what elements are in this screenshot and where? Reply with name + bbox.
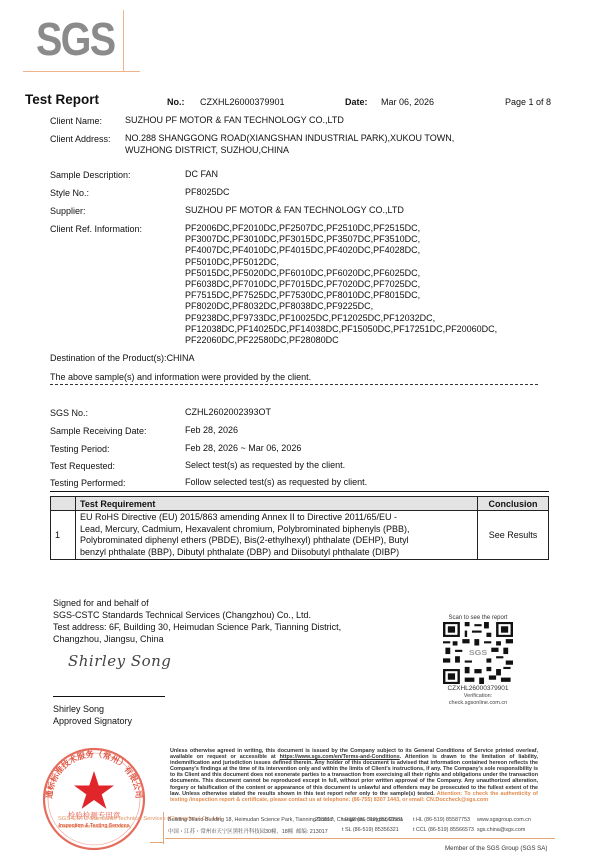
destination-value: CHINA — [167, 353, 195, 363]
address-cn: 中国・江苏・常州市天宁区黑牡丹科技园30幢，18幢 — [168, 827, 293, 835]
client-address-line-1: NO.288 SHANGGONG ROAD(XIANGSHAN INDUSTRI… — [125, 133, 454, 144]
signatory-name: Shirley Song — [53, 704, 104, 714]
sample-description-label: Sample Description: — [50, 170, 131, 180]
sgs-no: CZHL2602002393OT — [185, 407, 271, 418]
disclaimer: Unless otherwise agreed in writing, this… — [170, 748, 538, 803]
testing-period-label: Testing Period: — [50, 444, 110, 454]
client-ref-line: PF2006DC,PF2010DC,PF2507DC,PF2510DC,PF25… — [185, 223, 497, 234]
company-seal-icon: 检验检测专用章 Inspection & Testing Services 通标… — [40, 745, 148, 853]
style-no: PF8025DC — [185, 187, 230, 198]
signatory-title: Approved Signatory — [53, 716, 132, 726]
signed-for-line: Signed for and behalf of — [53, 597, 341, 609]
client-ref-line: PF3007DC,PF3010DC,PF3015DC,PF3507DC,PF35… — [185, 234, 497, 245]
client-ref-line: PF6038DC,PF7010DC,PF7015DC,PF7020DC,PF70… — [185, 279, 497, 290]
client-ref-label: Client Ref. Information: — [50, 224, 142, 234]
client-ref-line: PF5010DC,PF5012DC, — [185, 257, 497, 268]
row-conclusion: See Results — [478, 511, 549, 560]
company-line: SGS-CSTC Standards Technical Services (C… — [53, 609, 341, 621]
handwritten-signature: Shirley Song — [68, 652, 171, 670]
signature-line — [53, 696, 165, 697]
client-name: SUZHOU PF MOTOR & FAN TECHNOLOGY CO.,LTD — [125, 115, 344, 126]
postcode-cn: 邮编: 213017 — [296, 827, 328, 835]
supplier-label: Supplier: — [50, 206, 86, 216]
qr-code-icon[interactable]: SGS — [443, 622, 513, 684]
testing-performed: Follow selected test(s) as requested by … — [185, 477, 367, 488]
client-ref-line: PF5015DC,PF5020DC,PF6010DC,PF6020DC,PF60… — [185, 268, 497, 279]
report-date-label: Date: — [345, 97, 368, 107]
tel-ccl: t CCL (86-519) 85566573 — [413, 827, 474, 833]
row-number: 1 — [51, 511, 76, 560]
verification-label: Verification: — [443, 693, 513, 700]
test-requested: Select test(s) as requested by the clien… — [185, 460, 345, 471]
destination-label: Destination of the Product(s): — [50, 353, 167, 363]
sample-description: DC FAN — [185, 169, 218, 180]
requirement-line: EU RoHS Directive (EU) 2015/863 amending… — [80, 512, 473, 524]
tel-ee: t E&E (86-519) 85566531 — [342, 817, 403, 823]
requirement-line: Polybrominated diphenyl ethers (PBDE), B… — [80, 535, 473, 547]
footer-rule — [165, 838, 555, 839]
footer-accent-vertical — [163, 812, 164, 844]
qr-report-number: CZXHL26000379901 — [443, 685, 513, 692]
verification-url[interactable]: check.sgsonline.com.cn — [443, 700, 513, 707]
client-ref-line: PF9238DC,PF9733DC,PF10025DC,PF12025DC,PF… — [185, 313, 497, 324]
client-address-label: Client Address: — [50, 134, 111, 144]
row-requirement: EU RoHS Directive (EU) 2015/863 amending… — [76, 511, 478, 560]
tel-sl: t SL (86-519) 85356321 — [342, 827, 399, 833]
dashed-divider — [50, 384, 538, 385]
member-of-group: Member of the SGS Group (SGS SA) — [445, 845, 547, 852]
client-ref-line: PF7515DC,PF7525DC,PF7530DC,PF8010DC,PF80… — [185, 290, 497, 301]
postcode-en: 213017 — [315, 817, 333, 823]
header-conclusion: Conclusion — [478, 497, 549, 511]
header-requirement: Test Requirement — [76, 497, 478, 511]
client-ref-line: PF8020DC,PF8032DC,PF8038DC,PF9225DC, — [185, 301, 497, 312]
logo-accent-vertical — [123, 10, 124, 72]
website[interactable]: www.sgsgroup.com.cn — [477, 817, 531, 823]
report-date: Mar 06, 2026 — [381, 97, 434, 107]
footer-accent-horizontal — [150, 842, 164, 843]
style-no-label: Style No.: — [50, 188, 89, 198]
sgs-no-label: SGS No.: — [50, 408, 88, 418]
test-requirement-table: Test Requirement Conclusion 1 EU RoHS Di… — [50, 496, 549, 560]
report-number: CZXHL26000379901 — [200, 97, 285, 107]
qr-caption: Scan to see the report — [443, 615, 513, 621]
signature-block: Signed for and behalf of SGS-CSTC Standa… — [53, 597, 341, 645]
client-ref-line: PF4007DC,PF4010DC,PF4015DC,PF4020DC,PF40… — [185, 245, 497, 256]
email[interactable]: sgs.china@sgs.com — [477, 827, 525, 833]
terms-link[interactable]: https://www.sgs.com/en/Terms-and-Conditi… — [280, 754, 400, 760]
client-ref-list: PF2006DC,PF2010DC,PF2507DC,PF2510DC,PF25… — [185, 223, 497, 346]
test-address-line: Test address: 6F, Building 30, Heimudan … — [53, 621, 341, 633]
testing-performed-label: Testing Performed: — [50, 478, 126, 488]
table-header-row: Test Requirement Conclusion — [51, 497, 549, 511]
page-indicator: Page 1 of 8 — [505, 97, 551, 107]
client-ref-line: PF22060DC,PF22580DC,PF28080DC — [185, 335, 497, 346]
qr-center-label: SGS — [469, 649, 488, 657]
client-name-label: Client Name: — [50, 116, 102, 126]
receiving-date: Feb 28, 2026 — [185, 425, 238, 436]
test-address-line-2: Changzhou, Jiangsu, China — [53, 633, 341, 645]
test-requested-label: Test Requested: — [50, 461, 115, 471]
provided-note: The above sample(s) and information were… — [50, 372, 311, 382]
report-number-label: No.: — [167, 97, 185, 107]
sgs-logo: SGS — [36, 14, 114, 64]
requirement-line: Lead, Mercury, Cadmium, Hexavalent chrom… — [80, 524, 473, 536]
destination: Destination of the Product(s):CHINA — [50, 353, 195, 363]
requirement-line: benzyl phthalate (BBP), Dibutyl phthalat… — [80, 547, 473, 559]
client-ref-line: PF12038DC,PF14025DC,PF14038DC,PF15050DC,… — [185, 324, 497, 335]
table-row: 1 EU RoHS Directive (EU) 2015/863 amendi… — [51, 511, 549, 560]
receiving-date-label: Sample Receiving Date: — [50, 426, 147, 436]
report-title: Test Report — [25, 92, 99, 107]
qr-verification: Verification: check.sgsonline.com.cn — [443, 693, 513, 707]
supplier: SUZHOU PF MOTOR & FAN TECHNOLOGY CO.,LTD — [185, 205, 404, 216]
header-number — [51, 497, 76, 511]
client-address-line-2: WUZHONG DISTRICT, SUZHOU,CHINA — [125, 145, 289, 156]
testing-period: Feb 28, 2026 ~ Mar 06, 2026 — [185, 443, 301, 454]
section-divider — [50, 491, 549, 492]
tel-hl: t HL (86-519) 85587753 — [413, 817, 470, 823]
